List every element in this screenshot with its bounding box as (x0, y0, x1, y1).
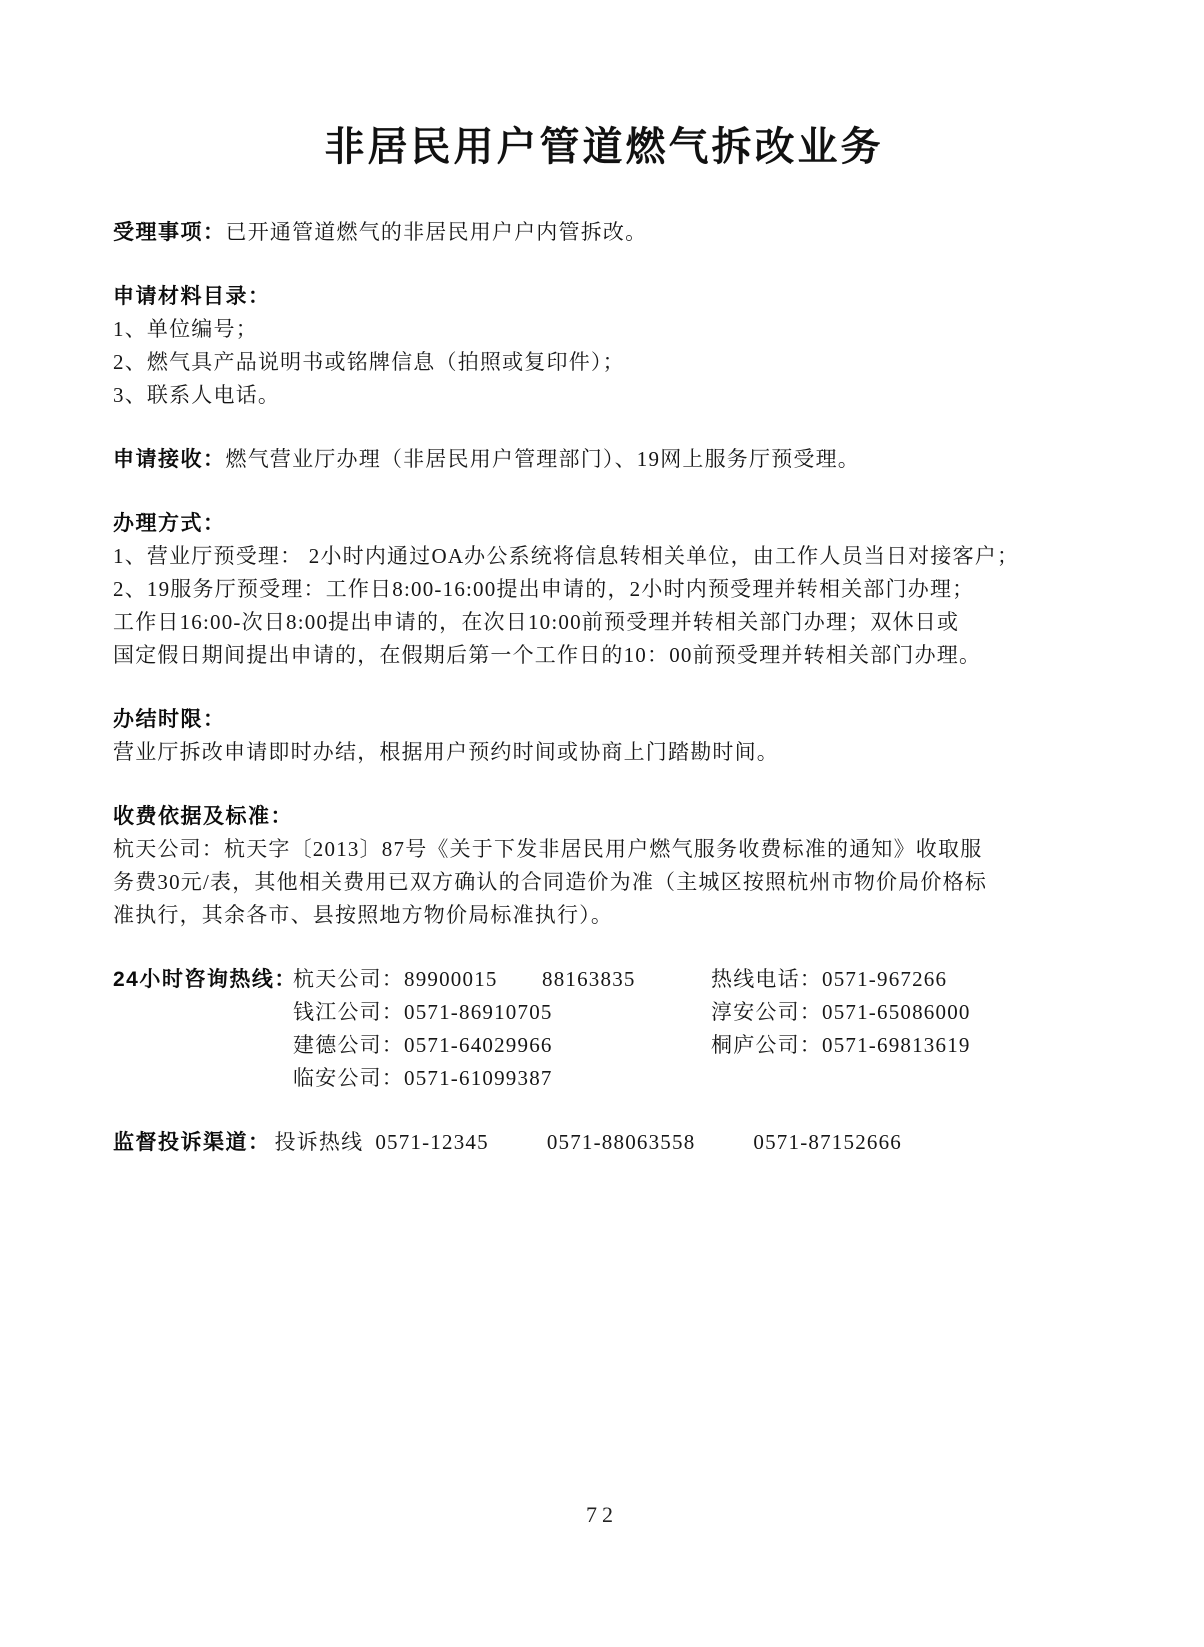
processing-method-line: 2、19服务厅预受理：工作日8:00-16:00提出申请的，2小时内预受理并转相… (113, 573, 1095, 606)
fee-standard-line: 准执行，其余各市、县按照地方物价局标准执行）。 (113, 899, 1095, 932)
hotline-table: 杭天公司：89900015 88163835 热线电话：0571-967266 … (293, 963, 1095, 1095)
section-fee-standard: 收费依据及标准： 杭天公司：杭天字〔2013〕87号《关于下发非居民用户燃气服务… (113, 800, 1095, 932)
complaint-phone: 0571-88063558 (547, 1130, 696, 1154)
hotline-cell (711, 1062, 1095, 1095)
hotline-label: 24小时咨询热线： (113, 968, 297, 991)
processing-method-heading: 办理方式： (113, 512, 226, 535)
application-reception-label: 申请接收： (113, 448, 226, 471)
section-complaint-channel: 监督投诉渠道：投诉热线0571-123450571-880635580571-8… (113, 1126, 1095, 1159)
materials-item: 3、联系人电话。 (113, 379, 1095, 412)
section-completion-deadline: 办结时限： 营业厅拆改申请即时办结，根据用户预约时间或协商上门踏勘时间。 (113, 703, 1095, 769)
page-number: 72 (0, 1502, 1204, 1528)
hotline-cell: 建德公司：0571-64029966 (293, 1029, 711, 1062)
hotline-cell: 临安公司：0571-61099387 (293, 1062, 711, 1095)
document-content: 非居民用户管道燃气拆改业务 受理事项：已开通管道燃气的非居民用户户内管拆改。 申… (113, 122, 1095, 1159)
complaint-prefix: 投诉热线 (275, 1130, 364, 1154)
complaint-channel-label: 监督投诉渠道： (113, 1131, 271, 1154)
fee-standard-line: 务费30元/表，其他相关费用已双方确认的合同造价为准（主城区按照杭州市物价局价格… (113, 866, 1095, 899)
hotline-row: 杭天公司：89900015 88163835 热线电话：0571-967266 (293, 963, 1095, 996)
processing-method-line: 1、营业厅预受理： 2小时内通过OA办公系统将信息转相关单位，由工作人员当日对接… (113, 540, 1095, 573)
section-accepted-matters: 受理事项：已开通管道燃气的非居民用户户内管拆改。 (113, 216, 1095, 249)
fee-standard-heading: 收费依据及标准： (113, 805, 293, 828)
hotline-cell: 淳安公司：0571-65086000 (711, 996, 1095, 1029)
materials-item: 2、燃气具产品说明书或铭牌信息（拍照或复印件）； (113, 346, 1095, 379)
materials-heading: 申请材料目录： (113, 285, 271, 308)
section-processing-method: 办理方式： 1、营业厅预受理： 2小时内通过OA办公系统将信息转相关单位，由工作… (113, 507, 1095, 672)
application-reception-text: 燃气营业厅办理（非居民用户管理部门）、19网上服务厅预受理。 (226, 447, 861, 471)
section-application-reception: 申请接收：燃气营业厅办理（非居民用户管理部门）、19网上服务厅预受理。 (113, 443, 1095, 476)
complaint-phone: 0571-12345 (375, 1130, 489, 1154)
hotline-cell: 桐庐公司：0571-69813619 (711, 1029, 1095, 1062)
document-page: 非居民用户管道燃气拆改业务 受理事项：已开通管道燃气的非居民用户户内管拆改。 申… (0, 0, 1204, 1647)
accepted-matters-text: 已开通管道燃气的非居民用户户内管拆改。 (226, 220, 648, 244)
processing-method-line: 工作日16:00-次日8:00提出申请的，在次日10:00前预受理并转相关部门办… (113, 606, 1095, 639)
hotline-row: 建德公司：0571-64029966 桐庐公司：0571-69813619 (293, 1029, 1095, 1062)
complaint-phone: 0571-87152666 (753, 1130, 902, 1154)
processing-method-line: 国定假日期间提出申请的，在假期后第一个工作日的10：00前预受理并转相关部门办理… (113, 639, 1095, 672)
hotline-row: 钱江公司：0571-86910705 淳安公司：0571-65086000 (293, 996, 1095, 1029)
materials-item: 1、单位编号； (113, 313, 1095, 346)
section-hotline: 24小时咨询热线： 杭天公司：89900015 88163835 热线电话：05… (113, 963, 1095, 1095)
section-materials: 申请材料目录： 1、单位编号； 2、燃气具产品说明书或铭牌信息（拍照或复印件）；… (113, 280, 1095, 412)
hotline-cell: 热线电话：0571-967266 (711, 963, 1095, 996)
document-title: 非居民用户管道燃气拆改业务 (113, 122, 1095, 172)
fee-standard-line: 杭天公司：杭天字〔2013〕87号《关于下发非居民用户燃气服务收费标准的通知》收… (113, 833, 1095, 866)
accepted-matters-label: 受理事项： (113, 221, 226, 244)
completion-deadline-text: 营业厅拆改申请即时办结，根据用户预约时间或协商上门踏勘时间。 (113, 736, 1095, 769)
hotline-cell: 杭天公司：89900015 88163835 (293, 963, 711, 996)
hotline-cell: 钱江公司：0571-86910705 (293, 996, 711, 1029)
hotline-row: 临安公司：0571-61099387 (293, 1062, 1095, 1095)
completion-deadline-heading: 办结时限： (113, 708, 226, 731)
